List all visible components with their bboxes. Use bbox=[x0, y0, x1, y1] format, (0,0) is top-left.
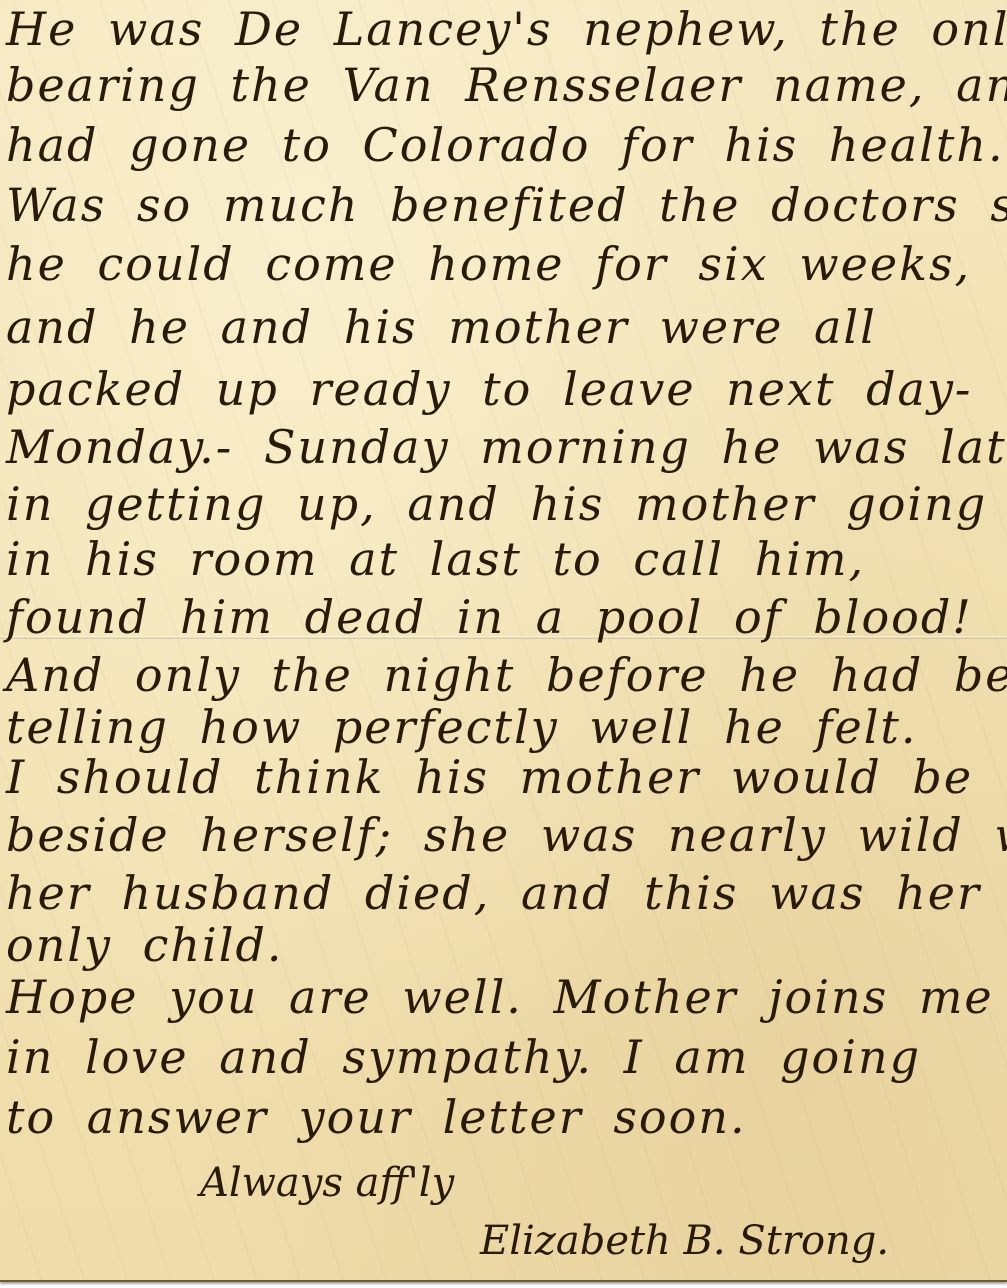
letter-line: Hope you are well. Mother joins me bbox=[6, 970, 994, 1024]
letter-line: in getting up, and his mother going bbox=[6, 477, 987, 531]
letter-signature: Elizabeth B. Strong. bbox=[480, 1218, 889, 1264]
letter-line: beside herself; she was nearly wild when bbox=[6, 808, 1007, 862]
letter-closing: Always aff'ly bbox=[200, 1160, 454, 1206]
letter-line: I should think his mother would be bbox=[6, 750, 973, 804]
letter-line: And only the night before he had been bbox=[6, 648, 1007, 702]
letter-line: found him dead in a pool of blood! bbox=[6, 590, 973, 644]
letter-line: bearing the Van Rensselaer name, and bbox=[6, 58, 1007, 112]
letter-line: packed up ready to leave next day- bbox=[6, 362, 972, 416]
letter-line: He was De Lancey's nephew, the only one bbox=[6, 2, 1007, 56]
letter-line: Monday.- Sunday morning he was late bbox=[6, 420, 1007, 474]
letter-line: had gone to Colorado for his health. bbox=[6, 118, 1005, 172]
letter-line: in his room at last to call him, bbox=[6, 532, 865, 586]
letter-body: He was De Lancey's nephew, the only one … bbox=[0, 0, 1007, 1280]
letter-line: telling how perfectly well he felt. bbox=[6, 700, 918, 754]
letter-line: only child. bbox=[6, 918, 284, 972]
letter-line: he could come home for six weeks, bbox=[6, 237, 971, 291]
letter-page: He was De Lancey's nephew, the only one … bbox=[0, 0, 1007, 1282]
letter-line: in love and sympathy. I am going bbox=[6, 1030, 921, 1084]
letter-line: her husband died, and this was her bbox=[6, 866, 981, 920]
letter-line: to answer your letter soon. bbox=[6, 1090, 747, 1144]
letter-line: and he and his mother were all bbox=[6, 300, 877, 354]
letter-line: Was so much benefited the doctors said bbox=[6, 178, 1007, 232]
